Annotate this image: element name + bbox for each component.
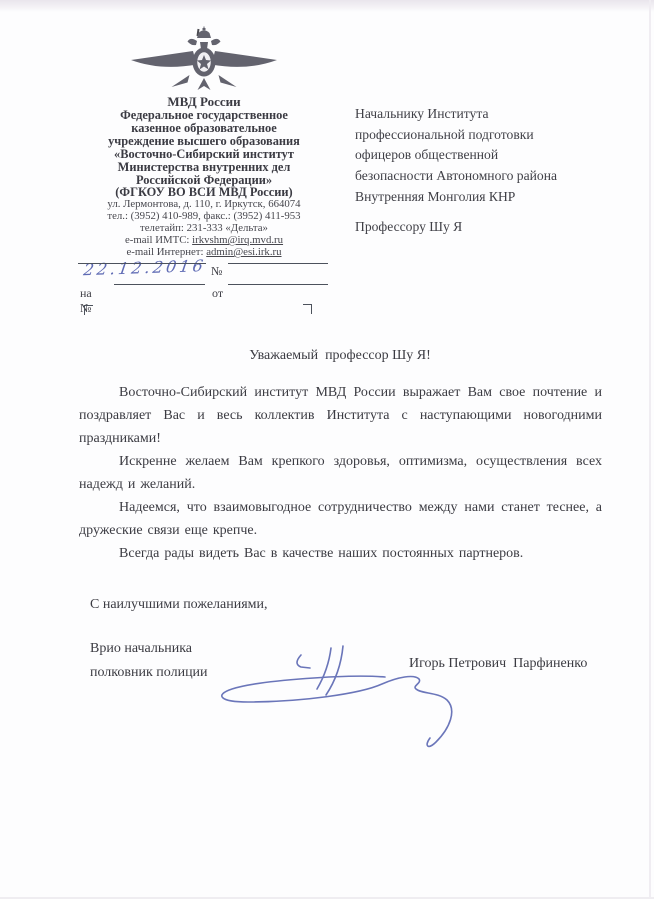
letter-body: Восточно-Сибирский институт МВД России в…: [79, 381, 602, 565]
recipient-line: профессиональной подготовки: [355, 125, 647, 146]
scan-artifact-top-band: [0, 0, 654, 12]
reply-date-label: от: [212, 286, 223, 301]
reply-number-blank-line: [114, 284, 205, 285]
email-internet-address: admin@esi.irk.ru: [206, 246, 281, 258]
org-short-name: МВД России: [70, 94, 338, 109]
recipient-line: безопасности Автономного района: [355, 166, 647, 187]
body-paragraph: Восточно-Сибирский институт МВД России в…: [79, 381, 602, 450]
reply-date-blank-line: [228, 284, 328, 285]
recipient-line: офицеров общественной: [355, 145, 647, 166]
number-label: №: [211, 264, 222, 279]
email-imts-address: irkvshm@irq.mvd.ru: [192, 234, 283, 246]
org-name-line: казенное образовательное: [70, 122, 338, 135]
recipient-person: Профессору Шу Я: [355, 217, 647, 238]
address-zone-corner-right: [303, 304, 312, 314]
scanned-letter-page: МВД России Федеральное государственное к…: [0, 0, 654, 899]
body-paragraph: Всегда рады видеть Вас в качестве наших …: [79, 542, 602, 565]
salutation: Уважаемый профессор Шу Я!: [79, 348, 601, 364]
org-name-line: Федеральное государственное: [70, 109, 338, 122]
signer-position-line: Врио начальника: [90, 637, 208, 661]
org-name-line: «Восточно-Сибирский институт: [70, 148, 338, 161]
handwritten-signature: [200, 628, 460, 758]
signer-position-line: полковник полиции: [90, 661, 208, 685]
recipient-line: Начальнику Института: [355, 104, 647, 125]
body-paragraph: Надеемся, что взаимовыгодное сотрудничес…: [79, 496, 602, 542]
email-imts-label: e-mail ИМТС:: [125, 234, 192, 246]
org-name-line: Министерства внутренних дел: [70, 161, 338, 174]
letterhead: МВД России Федеральное государственное к…: [70, 26, 338, 259]
address-zone-corner-left: [84, 305, 93, 315]
org-name-line: учреждение высшего образования: [70, 135, 338, 148]
signer-position: Врио начальника полковник полиции: [90, 637, 208, 684]
number-blank-line: [228, 263, 328, 264]
recipient-line: Внутренняя Монголия КНР: [355, 187, 647, 208]
date-blank-line: [78, 263, 206, 264]
scan-artifact-right-edge: [649, 0, 651, 899]
recipient-block: Начальнику Института профессиональной по…: [355, 104, 647, 237]
handwritten-date: 22.12.2016: [82, 256, 215, 280]
closing-phrase: С наилучшими пожеланиями,: [90, 597, 268, 613]
mvd-double-headed-eagle-emblem-icon: [129, 26, 279, 92]
body-paragraph: Искренне желаем Вам крепкого здоровья, о…: [79, 450, 602, 496]
